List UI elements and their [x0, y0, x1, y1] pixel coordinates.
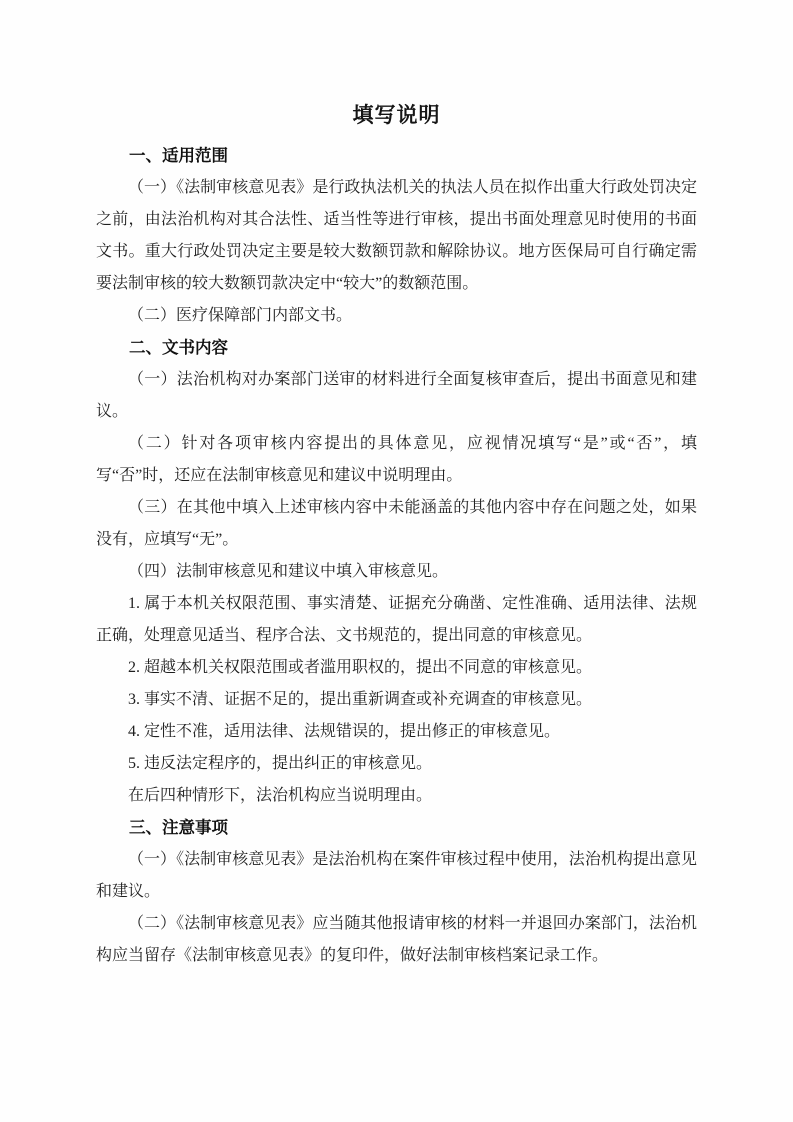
- section-notes: 三、注意事项 （一）《法制审核意见表》是法治机构在案件审核过程中使用，法治机构提…: [96, 812, 697, 972]
- paragraph: （一）法治机构对办案部门送审的材料进行全面复核审查后，提出书面意见和建议。: [96, 364, 697, 428]
- paragraph-numbered-item: 1. 属于本机关权限范围、事实清楚、证据充分确凿、定性准确、适用法律、法规正确，…: [96, 588, 697, 652]
- section-heading-document-content: 二、文书内容: [96, 332, 697, 364]
- document-page: 填写说明 一、适用范围 （一）《法制审核意见表》是行政执法机关的执法人员在拟作出…: [0, 0, 793, 1122]
- paragraph: （二）《法制审核意见表》应当随其他报请审核的材料一并退回办案部门，法治机构应当留…: [96, 908, 697, 972]
- paragraph: （一）《法制审核意见表》是法治机构在案件审核过程中使用，法治机构提出意见和建议。: [96, 844, 697, 908]
- paragraph: 在后四种情形下，法治机构应当说明理由。: [96, 780, 697, 812]
- paragraph: （三）在其他中填入上述审核内容中未能涵盖的其他内容中存在问题之处，如果没有，应填…: [96, 492, 697, 556]
- paragraph-numbered-item: 3. 事实不清、证据不足的，提出重新调查或补充调查的审核意见。: [96, 684, 697, 716]
- paragraph-numbered-item: 2. 超越本机关权限范围或者滥用职权的，提出不同意的审核意见。: [96, 652, 697, 684]
- paragraph-numbered-item: 4. 定性不准，适用法律、法规错误的，提出修正的审核意见。: [96, 716, 697, 748]
- paragraph: （二）医疗保障部门内部文书。: [96, 300, 697, 332]
- section-document-content: 二、文书内容 （一）法治机构对办案部门送审的材料进行全面复核审查后，提出书面意见…: [96, 332, 697, 812]
- section-heading-notes: 三、注意事项: [96, 812, 697, 844]
- document-title: 填写说明: [96, 98, 697, 132]
- paragraph: （一）《法制审核意见表》是行政执法机关的执法人员在拟作出重大行政处罚决定之前，由…: [96, 172, 697, 300]
- paragraph-numbered-item: 5. 违反法定程序的，提出纠正的审核意见。: [96, 748, 697, 780]
- section-heading-applicability: 一、适用范围: [96, 140, 697, 172]
- paragraph: （二）针对各项审核内容提出的具体意见，应视情况填写“是”或“否”，填写“否”时，…: [96, 428, 697, 492]
- paragraph: （四）法制审核意见和建议中填入审核意见。: [96, 556, 697, 588]
- section-applicability: 一、适用范围 （一）《法制审核意见表》是行政执法机关的执法人员在拟作出重大行政处…: [96, 140, 697, 332]
